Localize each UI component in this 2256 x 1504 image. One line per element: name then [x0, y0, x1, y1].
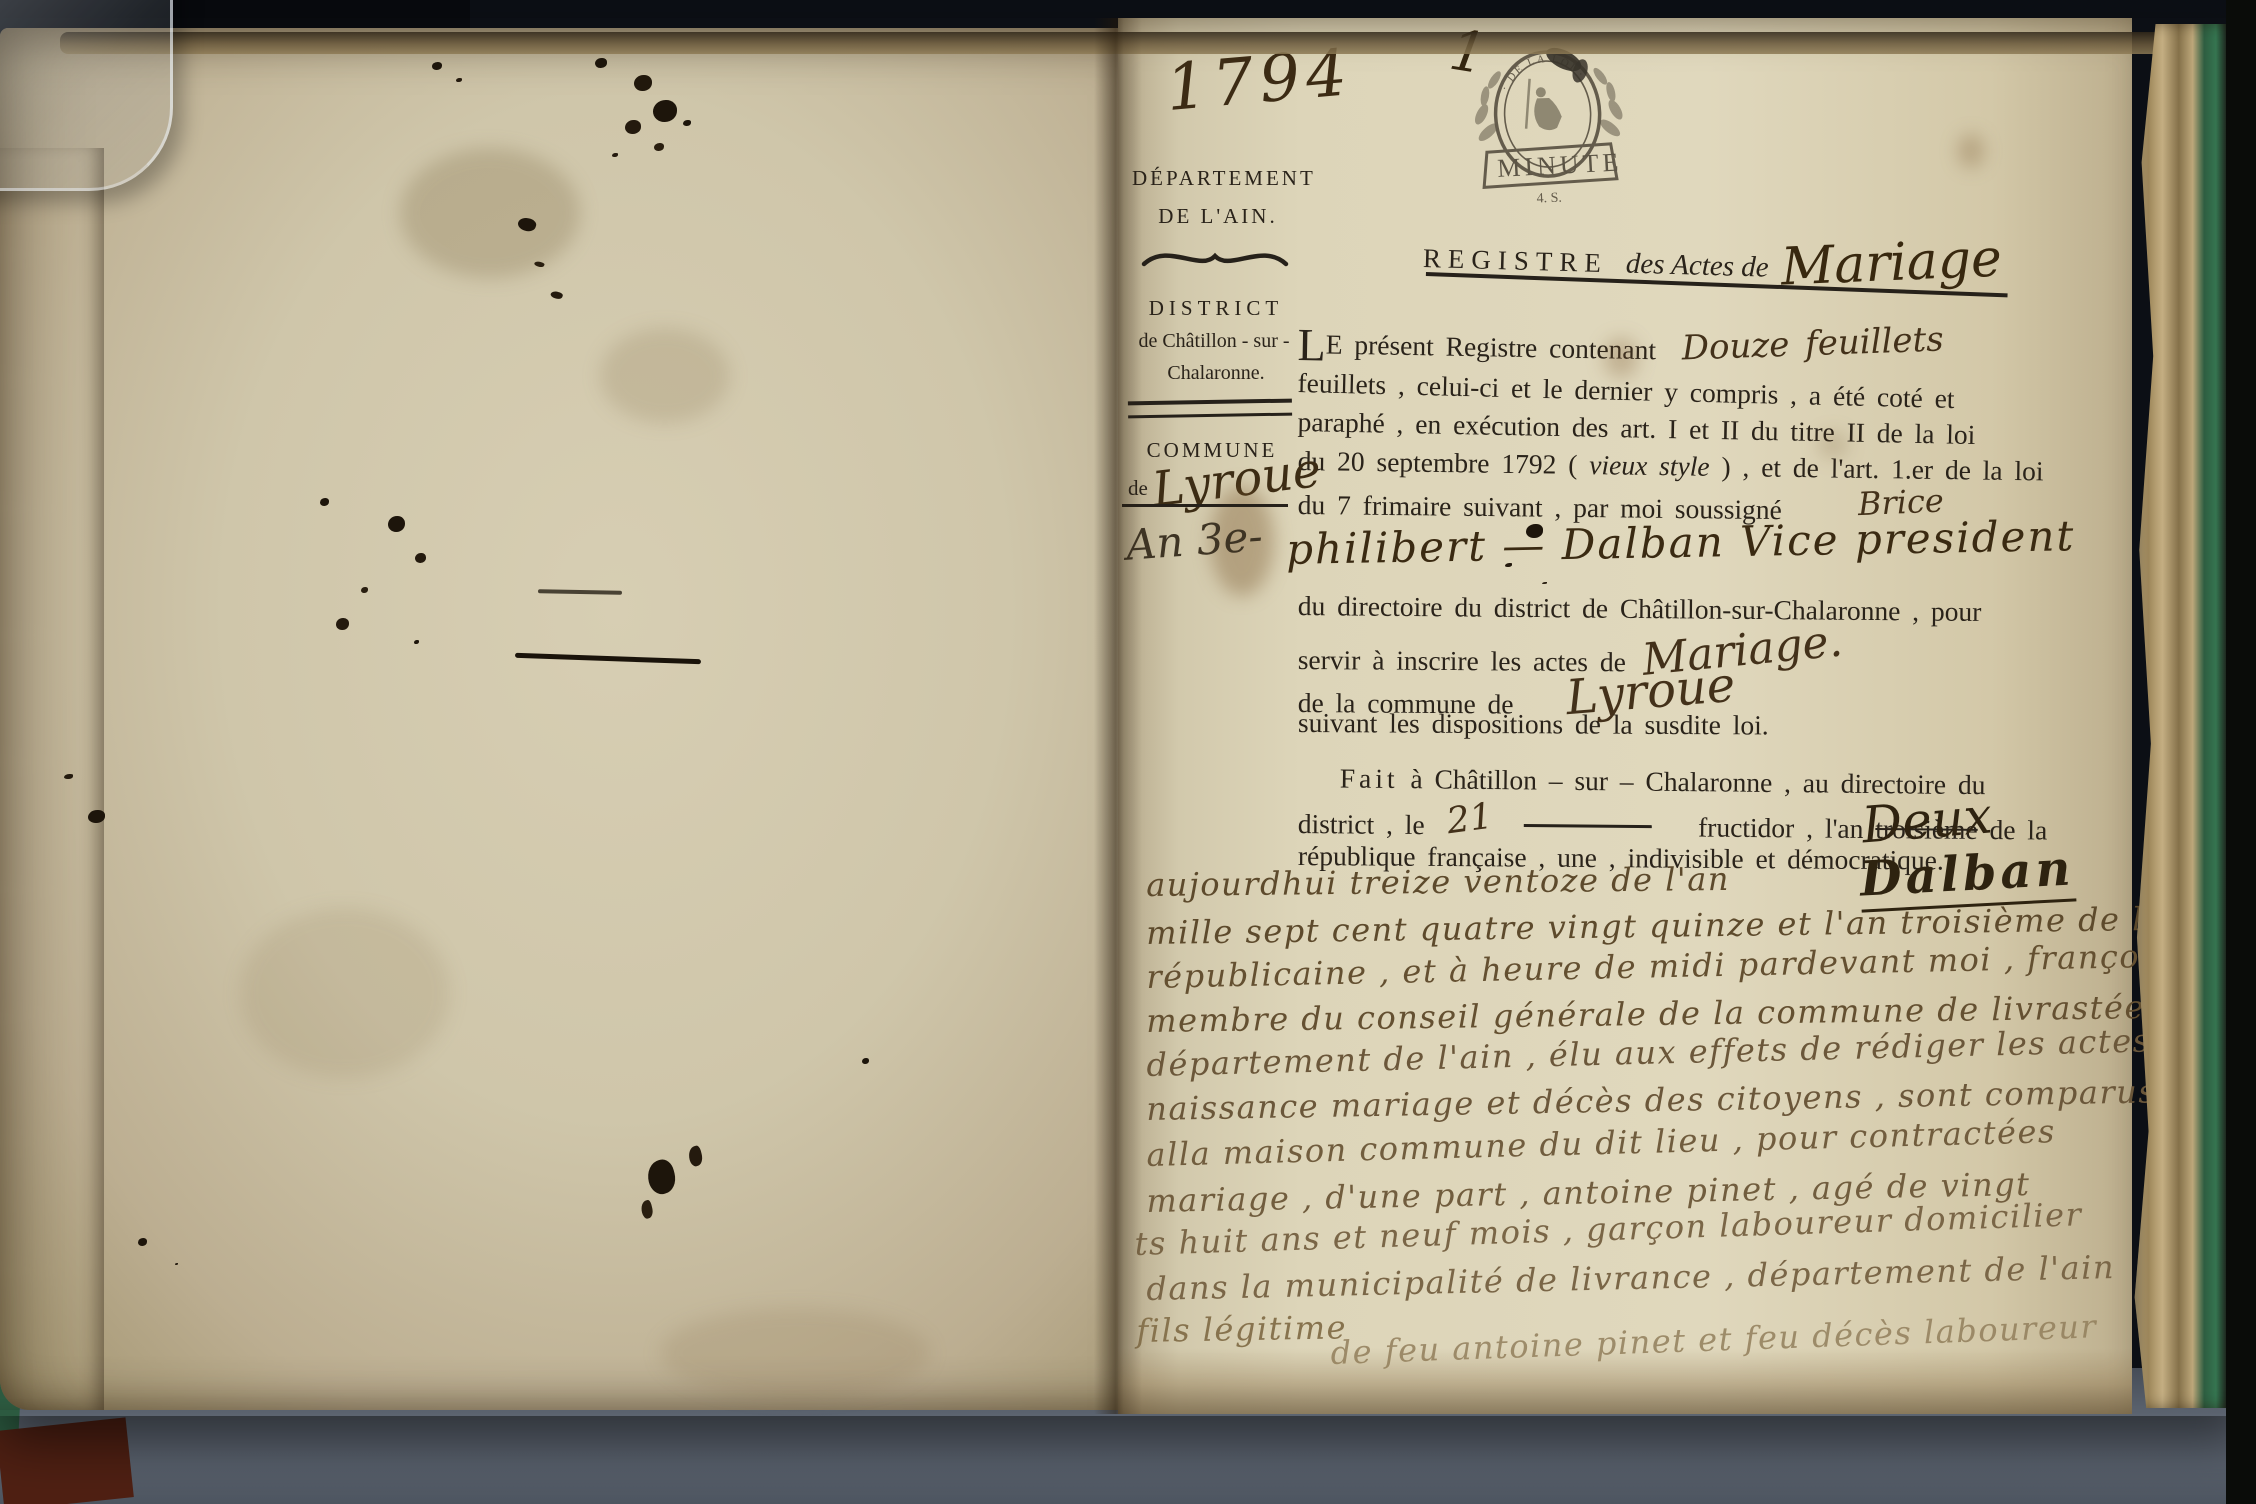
vieux-style-italic: vieux style — [1589, 449, 1710, 482]
margin-brace-ornament — [1140, 248, 1290, 276]
body-line-4a: du 20 septembre 1792 ( — [1298, 445, 1590, 480]
registre-rest: des Actes de — [1625, 248, 1769, 284]
ink-spot-cluster — [320, 498, 329, 506]
ink-spot — [138, 1238, 147, 1246]
stain — [600, 328, 730, 423]
book-cover-corner — [0, 1417, 134, 1504]
ink-stroke — [538, 589, 622, 594]
seated-figure — [1523, 78, 1562, 131]
bottom-worn-edge — [1118, 1348, 2132, 1414]
ink-spot — [88, 810, 105, 823]
margin-district-line3: Chalaronne. — [1134, 362, 1298, 385]
fait-label: Fait — [1340, 762, 1399, 794]
margin-district-line1: DISTRICT — [1134, 296, 1298, 321]
body-line-1: LE présent Registre contenant Douze feui… — [1297, 322, 2132, 377]
body-line-7: du directoire du district de Châtillon-s… — [1298, 590, 2132, 629]
body-line-4c: ) , et de l'art. 1.er de la loi — [1709, 451, 2043, 487]
stain — [660, 1308, 930, 1398]
fait-line-2c: de la — [1989, 814, 2047, 846]
year-overwrite-group: troisième Deux — [1875, 813, 1978, 846]
stain — [1958, 134, 1984, 168]
margin-departement-line1: DÉPARTEMENT — [1132, 166, 1304, 191]
margin-divider-double — [1128, 399, 1292, 419]
stamp-footer-text: 4. S. — [1536, 191, 1562, 207]
book-gutter-shadow — [1094, 18, 1142, 1414]
right-page-form: 1794 1 · DE LA LOI · — [1118, 18, 2132, 1414]
act-line-11: fils légitime — [1136, 1308, 1347, 1350]
minute-stamp: · DE LA LOI · MIN — [1457, 31, 1643, 219]
fait-line-2a: district , le — [1298, 808, 1425, 840]
margin-divider-single — [1122, 504, 1288, 507]
ink-spot — [432, 62, 442, 70]
stain — [1818, 432, 1848, 458]
act-line-1: aujourdhui treize ventoze de l'an — [1146, 860, 1730, 904]
body-line-10: suivant les dispositions de la susdite l… — [1298, 707, 2132, 743]
plastic-sheet-overlay — [0, 0, 173, 191]
left-deckle-edge — [0, 148, 104, 1410]
stain — [1604, 338, 1638, 378]
fait-line-1: Fait à Châtillon – sur – Chalaronne , au… — [1298, 762, 2132, 803]
stamp-banner-text: MINUTE — [1497, 147, 1623, 183]
ink-stroke — [515, 653, 701, 664]
photo-marriage-register: 1794 1 · DE LA LOI · — [0, 0, 2256, 1504]
backdrop-right — [2226, 0, 2256, 1504]
fait-line-2b: fructidor , l'an — [1698, 811, 1864, 843]
feuillets-count-handwritten: Douze feuillets — [1681, 319, 1944, 368]
ink-spot-cluster — [595, 58, 607, 68]
ink-blot — [644, 1157, 678, 1197]
margin-departement-line2: DE L'AIN. — [1132, 204, 1304, 229]
ink-blot — [1526, 524, 1543, 538]
margin-an3-handwritten: An 3e- — [1124, 511, 1264, 569]
day-handwritten: 21 — [1444, 796, 1495, 843]
stain — [240, 908, 450, 1078]
left-page-blank — [0, 28, 1120, 1410]
ink-spot — [862, 1058, 869, 1064]
margin-district-line2: de Châtillon - sur - — [1120, 330, 1308, 353]
stain — [400, 148, 580, 278]
blank-dash-line — [1524, 824, 1652, 828]
